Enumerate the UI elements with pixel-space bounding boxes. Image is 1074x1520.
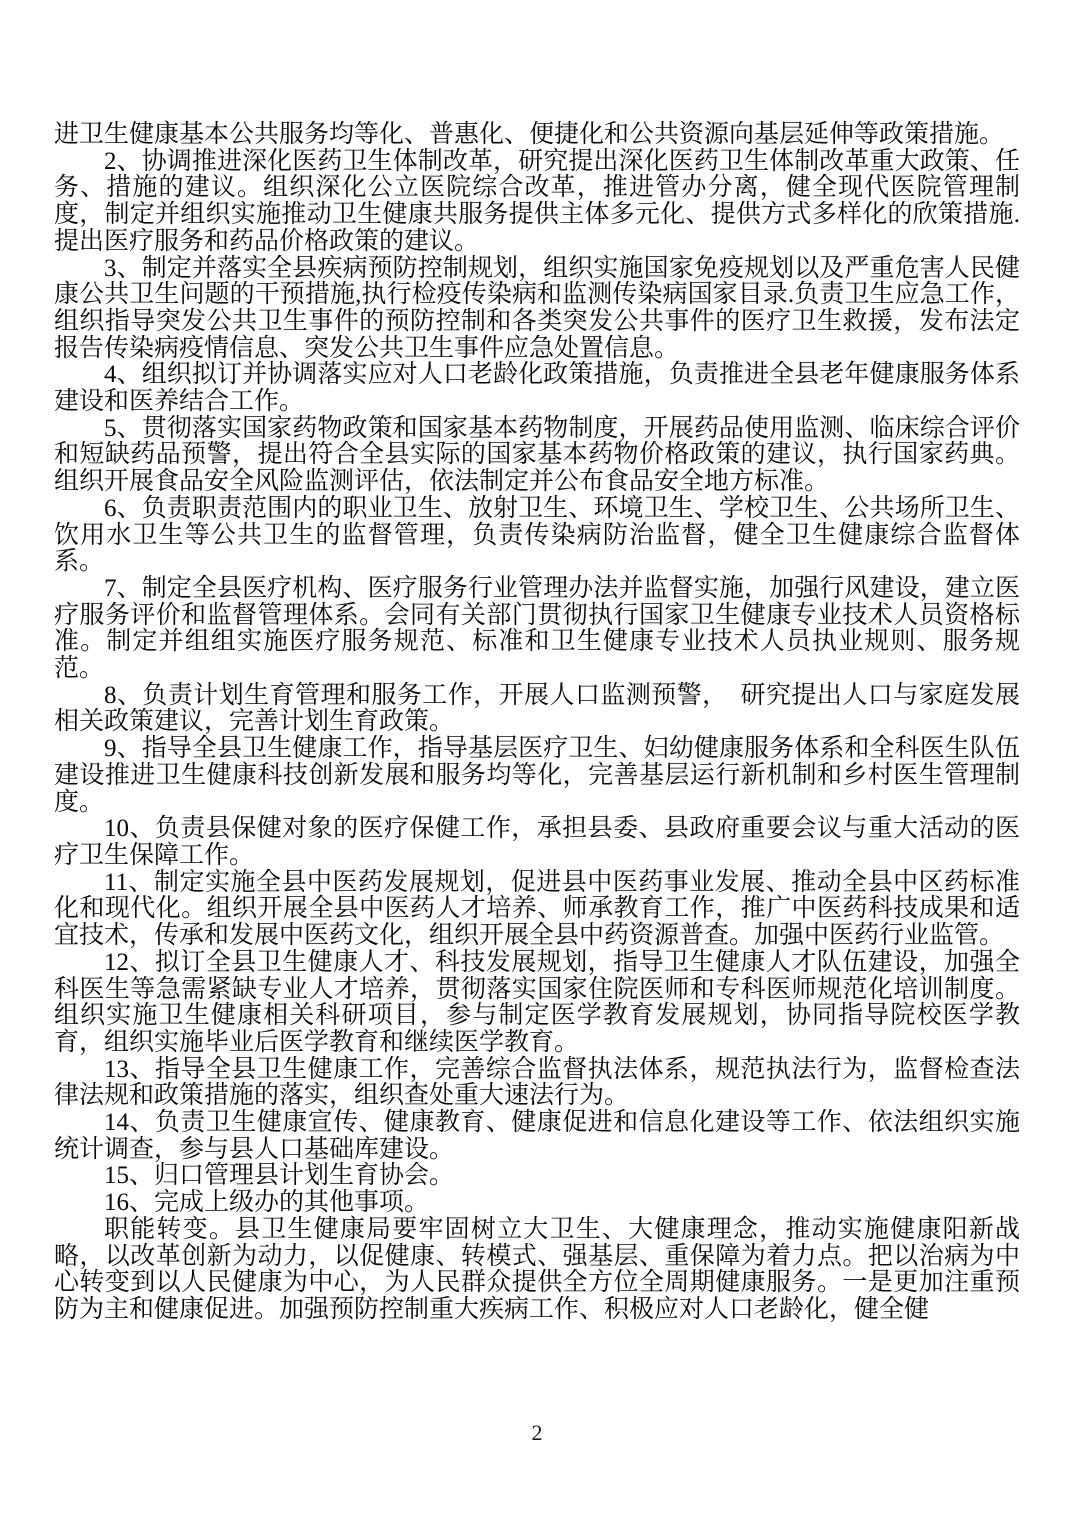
duty-item-8: 8、负责计划生育管理和服务工作，开展人口监测预警， 研究提出人口与家庭发展相关政…	[54, 683, 1020, 736]
duty-item-9: 9、指导全县卫生健康工作，指导基层医疗卫生、妇幼健康服务体系和全科医生队伍建设推…	[54, 736, 1020, 816]
document-page: 进卫生健康基本公共服务均等化、普惠化、便捷化和公共资源向基层延伸等政策措施。 2…	[0, 0, 1074, 1520]
duty-item-5: 5、贯彻落实国家药物政策和国家基本药物制度，开展药品使用监测、临床综合评价和短缺…	[54, 416, 1020, 496]
duty-item-4: 4、组织拟订并协调落实应对人口老龄化政策措施，负责推进全县老年健康服务体系建设和…	[54, 362, 1020, 415]
duty-item-6: 6、负责职责范围内的职业卫生、放射卫生、环境卫生、学校卫生、公共场所卫生、饮用水…	[54, 496, 1020, 576]
function-transform-paragraph: 职能转变。县卫生健康局要牢固树立大卫生、大健康理念，推动实施健康阳新战略，以改革…	[54, 1217, 1020, 1324]
duty-item-3: 3、制定并落实全县疾病预防控制规划，组织实施国家免疫规划以及严重危害人民健康公共…	[54, 256, 1020, 363]
page-footer: 2	[0, 1420, 1074, 1446]
duty-item-15: 15、归口管理县计划生育协会。	[54, 1163, 1020, 1190]
continuation-paragraph: 进卫生健康基本公共服务均等化、普惠化、便捷化和公共资源向基层延伸等政策措施。	[54, 122, 1020, 149]
duty-item-13: 13、指导全县卫生健康工作，完善综合监督执法体系，规范执法行为，监督检查法律法规…	[54, 1057, 1020, 1110]
duty-item-7: 7、制定全县医疗机构、医疗服务行业管理办法并监督实施，加强行风建设，建立医疗服务…	[54, 576, 1020, 683]
duty-item-16: 16、完成上级办的其他事项。	[54, 1190, 1020, 1217]
duty-item-10: 10、负责县保健对象的医疗保健工作，承担县委、县政府重要会议与重大活动的医疗卫生…	[54, 816, 1020, 869]
duty-item-12: 12、拟订全县卫生健康人才、科技发展规划，指导卫生健康人才队伍建设，加强全科医生…	[54, 950, 1020, 1057]
page-number: 2	[532, 1420, 543, 1445]
duty-item-2: 2、协调推进深化医药卫生体制改革，研究提出深化医药卫生体制改革重大政策、任务、措…	[54, 149, 1020, 256]
duty-item-14: 14、负责卫生健康宣传、健康教育、健康促进和信息化建设等工作、依法组织实施统计调…	[54, 1110, 1020, 1163]
duty-item-11: 11、制定实施全县中医药发展规划，促进县中医药事业发展、推动全县中区药标准化和现…	[54, 870, 1020, 950]
document-body: 进卫生健康基本公共服务均等化、普惠化、便捷化和公共资源向基层延伸等政策措施。 2…	[54, 122, 1020, 1324]
